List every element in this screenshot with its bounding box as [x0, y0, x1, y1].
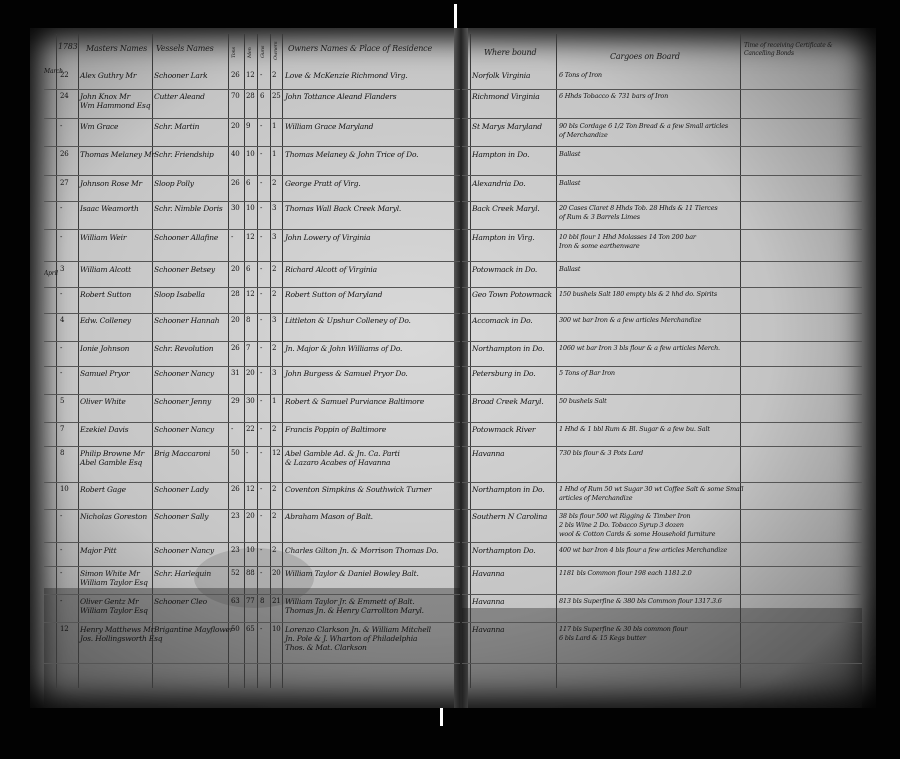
master-name: Robert Gage	[80, 485, 126, 494]
master-name: Isaac Weamorth	[80, 204, 139, 213]
row-divider	[44, 482, 460, 483]
tons-value: 50	[231, 625, 240, 634]
owners-count: 3	[272, 233, 276, 242]
owners-count: 2	[272, 290, 276, 299]
owners-count: 2	[272, 265, 276, 274]
owners-count: 3	[272, 369, 276, 378]
men-value: 12	[246, 485, 255, 494]
owners-count: 12	[272, 449, 281, 458]
master-name: Robert Sutton	[80, 290, 131, 299]
owners-residence: Robert & Samuel Purviance Baltimore	[285, 397, 424, 406]
where-bound: Hampton in Virg.	[472, 233, 535, 242]
row-date: -	[60, 546, 62, 555]
row-divider	[44, 146, 460, 147]
row-date: -	[60, 512, 62, 521]
owners-residence: Abel Gamble Ad. & Jn. Ca. Parti& Lazaro …	[285, 449, 400, 467]
row-divider	[462, 509, 862, 510]
guns-value: -	[260, 512, 262, 521]
row-divider	[44, 394, 460, 395]
where-bound: Havanna	[472, 625, 504, 634]
page-stain	[462, 608, 862, 708]
owners-residence: William Grace Maryland	[285, 122, 373, 131]
where-bound: Northampton in Do.	[472, 344, 544, 353]
men-value: 77	[246, 597, 255, 606]
row-date: -	[60, 569, 62, 578]
tons-value: 23	[231, 546, 240, 555]
row-date: 4	[60, 316, 64, 325]
row-divider	[44, 118, 460, 119]
guns-value: -	[260, 233, 262, 242]
cargo-on-board: 1060 wt bar Iron 3 bls flour & a few art…	[559, 344, 720, 353]
cargo-on-board: 20 Cases Claret 8 Hhds Tob. 28 Hhds & 11…	[559, 204, 718, 222]
vessel-name: Schr. Revolution	[154, 344, 213, 353]
where-bound: Havanna	[472, 597, 504, 606]
row-divider	[44, 542, 460, 543]
vessel-name: Sloop Isabella	[154, 290, 205, 299]
where-bound: Richmond Virginia	[472, 92, 540, 101]
header-men: Men	[246, 47, 255, 58]
row-date: 27	[60, 179, 69, 188]
owners-residence: George Pratt of Virg.	[285, 179, 361, 188]
header-vessels: Vessels Names	[156, 44, 214, 53]
row-divider	[462, 422, 862, 423]
where-bound: Hampton in Do.	[472, 150, 529, 159]
row-divider	[44, 622, 460, 623]
tons-value: 52	[231, 569, 240, 578]
top-center-marker	[454, 4, 457, 30]
owners-count: 2	[272, 179, 276, 188]
guns-value: -	[260, 569, 262, 578]
owners-residence: Francis Poppin of Baltimore	[285, 425, 386, 434]
guns-value: 8	[260, 597, 264, 606]
tons-value: 28	[231, 290, 240, 299]
owners-count: 2	[272, 71, 276, 80]
left-page: 1783 Masters Names Vessels Names Tons Me…	[44, 28, 460, 708]
header-guns: Guns	[259, 46, 268, 58]
men-value: 6	[246, 179, 250, 188]
master-name: Henry Matthews MrJos. Hollingsworth Esq	[80, 625, 162, 643]
row-divider	[462, 261, 862, 262]
header-owners: Owners Names & Place of Residence	[288, 44, 432, 53]
where-bound: Broad Creek Maryl.	[472, 397, 544, 406]
cargo-on-board: 5 Tons of Bar Iron	[559, 369, 615, 378]
master-name: Nicholas Goreston	[80, 512, 147, 521]
master-name: William Weir	[80, 233, 126, 242]
men-value: 10	[246, 150, 255, 159]
master-name: Wm Grace	[80, 122, 118, 131]
men-value: 6	[246, 265, 250, 274]
men-value: 30	[246, 397, 255, 406]
ledger-book: 1783 Masters Names Vessels Names Tons Me…	[30, 28, 876, 708]
guns-value: -	[260, 71, 262, 80]
where-bound: Norfolk Virginia	[472, 71, 530, 80]
owners-residence: Thomas Wall Back Creek Maryl.	[285, 204, 401, 213]
cargo-on-board: 1 Hhd & 1 bbl Rum & Bl. Sugar & a few bu…	[559, 425, 710, 434]
owners-count: 20	[272, 569, 281, 578]
row-divider	[462, 146, 862, 147]
owners-residence: John Tottance Aleand Flanders	[285, 92, 396, 101]
cargo-on-board: Ballast	[559, 265, 580, 274]
vessel-name: Schooner Sally	[154, 512, 208, 521]
tons-value: 29	[231, 397, 240, 406]
owners-count: 1	[272, 150, 276, 159]
owners-count: 1	[272, 397, 276, 406]
vessel-name: Schooner Jenny	[154, 397, 211, 406]
cargo-on-board: 150 bushels Salt 180 empty bls & 2 hhd d…	[559, 290, 717, 299]
row-divider	[44, 509, 460, 510]
row-divider	[462, 446, 862, 447]
row-divider	[462, 566, 862, 567]
header-tons: Tons	[230, 47, 239, 58]
master-name: Samuel Pryor	[80, 369, 129, 378]
master-name: Oliver Gentz MrWilliam Taylor Esq	[80, 597, 148, 615]
owners-count: 3	[272, 204, 276, 213]
row-divider	[462, 201, 862, 202]
row-date: 22	[60, 71, 69, 80]
vessel-name: Schr. Nimble Doris	[154, 204, 223, 213]
owners-count: 25	[272, 92, 281, 101]
master-name: John Knox MrWm Hammond Esq	[80, 92, 150, 110]
row-date: 26	[60, 150, 69, 159]
row-divider	[44, 313, 460, 314]
row-divider	[462, 622, 862, 623]
master-name: Simon White MrWilliam Taylor Esq	[80, 569, 148, 587]
men-value: 22	[246, 425, 255, 434]
row-divider	[462, 118, 862, 119]
guns-value: -	[260, 179, 262, 188]
row-date: -	[60, 290, 62, 299]
owners-residence: Thomas Melaney & John Trice of Do.	[285, 150, 418, 159]
row-divider	[44, 663, 460, 664]
row-divider	[44, 594, 460, 595]
row-divider	[44, 229, 460, 230]
cargo-on-board: 90 bls Cordage 6 1/2 Ton Bread & a few S…	[559, 122, 728, 140]
master-name: Ionie Johnson	[80, 344, 129, 353]
vessel-name: Schooner Lark	[154, 71, 207, 80]
owners-count: 2	[272, 425, 276, 434]
row-divider	[462, 175, 862, 176]
guns-value: -	[260, 625, 262, 634]
month-april: April	[44, 269, 58, 278]
row-divider	[462, 89, 862, 90]
vessel-name: Schooner Cleo	[154, 597, 207, 606]
guns-value: -	[260, 397, 262, 406]
owners-residence: Jn. Major & John Williams of Do.	[285, 344, 402, 353]
tons-value: 26	[231, 71, 240, 80]
row-divider	[44, 366, 460, 367]
owners-residence: Abraham Mason of Balt.	[285, 512, 373, 521]
master-name: Ezekiel Davis	[80, 425, 128, 434]
master-name: Edw. Colleney	[80, 316, 131, 325]
owners-residence: Littleton & Upshur Colleney of Do.	[285, 316, 411, 325]
header-year: 1783	[58, 42, 78, 51]
where-bound: Northampton Do.	[472, 546, 535, 555]
owners-count: 10	[272, 625, 281, 634]
guns-value: -	[260, 369, 262, 378]
guns-value: -	[260, 546, 262, 555]
owners-residence: William Taylor Jr. & Emmett of Balt.Thom…	[285, 597, 424, 615]
owners-residence: Coventon Simpkins & Southwick Turner	[285, 485, 431, 494]
owners-residence: John Burgess & Samuel Pryor Do.	[285, 369, 408, 378]
tons-value: 30	[231, 204, 240, 213]
owners-count: 2	[272, 512, 276, 521]
owners-residence: John Lowery of Virginia	[285, 233, 370, 242]
tons-value: 50	[231, 449, 240, 458]
row-date: 7	[60, 425, 64, 434]
row-divider	[462, 229, 862, 230]
row-divider	[462, 594, 862, 595]
where-bound: St Marys Maryland	[472, 122, 542, 131]
cargo-on-board: Ballast	[559, 179, 580, 188]
vessel-name: Schr. Harlequin	[154, 569, 211, 578]
owners-count: 3	[272, 316, 276, 325]
row-divider	[44, 566, 460, 567]
row-date: -	[60, 369, 62, 378]
cargo-on-board: 730 bls flour & 3 Pots Lard	[559, 449, 643, 458]
where-bound: Alexandria Do.	[472, 179, 525, 188]
master-name: Oliver White	[80, 397, 126, 406]
guns-value: -	[260, 449, 262, 458]
master-name: Philip Browne MrAbel Gamble Esq	[80, 449, 144, 467]
master-name: Johnson Rose Mr	[80, 179, 142, 188]
tons-value: 63	[231, 597, 240, 606]
row-divider	[44, 341, 460, 342]
vessel-name: Schooner Hannah	[154, 316, 219, 325]
vessel-name: Schooner Nancy	[154, 546, 214, 555]
cargo-on-board: 1181 bls Common flour 198 each 1181.2.0	[559, 569, 692, 578]
tons-value: -	[231, 425, 233, 434]
row-date: 8	[60, 449, 64, 458]
cargo-on-board: 117 bls Superfine & 30 bls common flour6…	[559, 625, 687, 643]
vessel-name: Schr. Friendship	[154, 150, 214, 159]
tons-value: 40	[231, 150, 240, 159]
row-date: -	[60, 204, 62, 213]
vessel-name: Schr. Martin	[154, 122, 199, 131]
owners-residence: Charles Gilton Jn. & Morrison Thomas Do.	[285, 546, 438, 555]
guns-value: 6	[260, 92, 264, 101]
where-bound: Havanna	[472, 449, 504, 458]
guns-value: -	[260, 265, 262, 274]
row-divider	[44, 446, 460, 447]
guns-value: -	[260, 122, 262, 131]
row-divider	[462, 366, 862, 367]
owners-count: 2	[272, 546, 276, 555]
vessel-name: Brig Maccaroni	[154, 449, 210, 458]
owners-count: 1	[272, 122, 276, 131]
men-value: 20	[246, 369, 255, 378]
row-date: 12	[60, 625, 69, 634]
right-page: Where bound Cargoes on Board Time of rec…	[462, 28, 862, 708]
cargo-on-board: 1 Hhd of Rum 50 wt Sugar 30 wt Coffee Sa…	[559, 485, 743, 503]
header-remarks: Time of receiving Certificate & Cancelli…	[744, 42, 854, 58]
vessel-name: Cutter Aleand	[154, 92, 205, 101]
guns-value: -	[260, 150, 262, 159]
cargo-on-board: Ballast	[559, 150, 580, 159]
vessel-name: Schooner Betsey	[154, 265, 215, 274]
owners-residence: Lorenzo Clarkson Jn. & William MitchellJ…	[285, 625, 431, 652]
cargo-on-board: 300 wt bar Iron & a few articles Merchan…	[559, 316, 701, 325]
row-date: 10	[60, 485, 69, 494]
where-bound: Back Creek Maryl.	[472, 204, 540, 213]
guns-value: -	[260, 485, 262, 494]
master-name: Thomas Melaney Mr	[80, 150, 155, 159]
owners-residence: William Taylor & Daniel Bowley Balt.	[285, 569, 419, 578]
men-value: 20	[246, 512, 255, 521]
owners-residence: Richard Alcott of Virginia	[285, 265, 377, 274]
vessel-name: Schooner Nancy	[154, 369, 214, 378]
cargo-on-board: 813 bls Superfine & 380 bls Common flour…	[559, 597, 722, 606]
men-value: 65	[246, 625, 255, 634]
row-divider	[462, 663, 862, 664]
master-name: William Alcott	[80, 265, 131, 274]
row-divider	[462, 287, 862, 288]
where-bound: Potowmack in Do.	[472, 265, 537, 274]
men-value: 28	[246, 92, 255, 101]
vessel-name: Brigantine Mayflower	[154, 625, 233, 634]
row-divider	[44, 287, 460, 288]
where-bound: Accomack in Do.	[472, 316, 532, 325]
row-divider	[44, 422, 460, 423]
guns-value: -	[260, 290, 262, 299]
where-bound: Petersburg in Do.	[472, 369, 535, 378]
tons-value: 20	[231, 122, 240, 131]
tons-value: -	[231, 233, 233, 242]
men-value: 12	[246, 71, 255, 80]
men-value: 12	[246, 233, 255, 242]
where-bound: Havanna	[472, 569, 504, 578]
owners-count: 2	[272, 485, 276, 494]
header-cargoes: Cargoes on Board	[610, 52, 680, 61]
guns-value: -	[260, 425, 262, 434]
row-divider	[462, 542, 862, 543]
men-value: 88	[246, 569, 255, 578]
header-owners-count: Owners	[272, 42, 281, 60]
row-divider	[44, 201, 460, 202]
tons-value: 23	[231, 512, 240, 521]
row-date: -	[60, 597, 62, 606]
master-name: Alex Guthry Mr	[80, 71, 136, 80]
cargo-on-board: 6 Tons of Iron	[559, 71, 602, 80]
row-date: -	[60, 233, 62, 242]
owners-count: 21	[272, 597, 281, 606]
owners-residence: Love & McKenzie Richmond Virg.	[285, 71, 408, 80]
row-date: 5	[60, 397, 64, 406]
where-bound: Northampton in Do.	[472, 485, 544, 494]
tons-value: 70	[231, 92, 240, 101]
row-date: -	[60, 122, 62, 131]
guns-value: -	[260, 204, 262, 213]
tons-value: 26	[231, 179, 240, 188]
vessel-name: Schooner Allafine	[154, 233, 218, 242]
men-value: 12	[246, 290, 255, 299]
men-value: 10	[246, 204, 255, 213]
cargo-on-board: 38 bls flour 500 wt Rigging & Timber Iro…	[559, 512, 715, 539]
row-date: -	[60, 344, 62, 353]
tons-value: 26	[231, 344, 240, 353]
tons-value: 31	[231, 369, 240, 378]
where-bound: Southern N Carolina	[472, 512, 547, 521]
vessel-name: Sloop Polly	[154, 179, 194, 188]
row-divider	[44, 89, 460, 90]
header-where-bound: Where bound	[484, 48, 536, 57]
men-value: -	[246, 449, 248, 458]
master-name: Major Pitt	[80, 546, 116, 555]
row-divider	[462, 482, 862, 483]
row-date: 3	[60, 265, 64, 274]
men-value: 10	[246, 546, 255, 555]
row-date: 24	[60, 92, 69, 101]
cargo-on-board: 400 wt bar Iron 4 bls flour a few articl…	[559, 546, 727, 555]
tons-value: 20	[231, 316, 240, 325]
tons-value: 20	[231, 265, 240, 274]
guns-value: -	[260, 344, 262, 353]
cargo-on-board: 10 bbl flour 1 Hhd Molasses 14 Ton 200 b…	[559, 233, 696, 251]
cargo-on-board: 50 bushels Salt	[559, 397, 607, 406]
men-value: 7	[246, 344, 250, 353]
header-masters: Masters Names	[86, 44, 147, 53]
vessel-name: Schooner Lady	[154, 485, 208, 494]
row-divider	[44, 261, 460, 262]
where-bound: Geo Town Potowmack	[472, 290, 552, 299]
tons-value: 26	[231, 485, 240, 494]
men-value: 8	[246, 316, 250, 325]
row-divider	[462, 394, 862, 395]
guns-value: -	[260, 316, 262, 325]
men-value: 9	[246, 122, 250, 131]
cargo-on-board: 6 Hhds Tobacco & 731 bars of Iron	[559, 92, 668, 101]
owners-residence: Robert Sutton of Maryland	[285, 290, 382, 299]
where-bound: Potowmack River	[472, 425, 535, 434]
row-divider	[462, 313, 862, 314]
owners-count: 2	[272, 344, 276, 353]
row-divider	[462, 341, 862, 342]
vessel-name: Schooner Nancy	[154, 425, 214, 434]
row-divider	[44, 175, 460, 176]
